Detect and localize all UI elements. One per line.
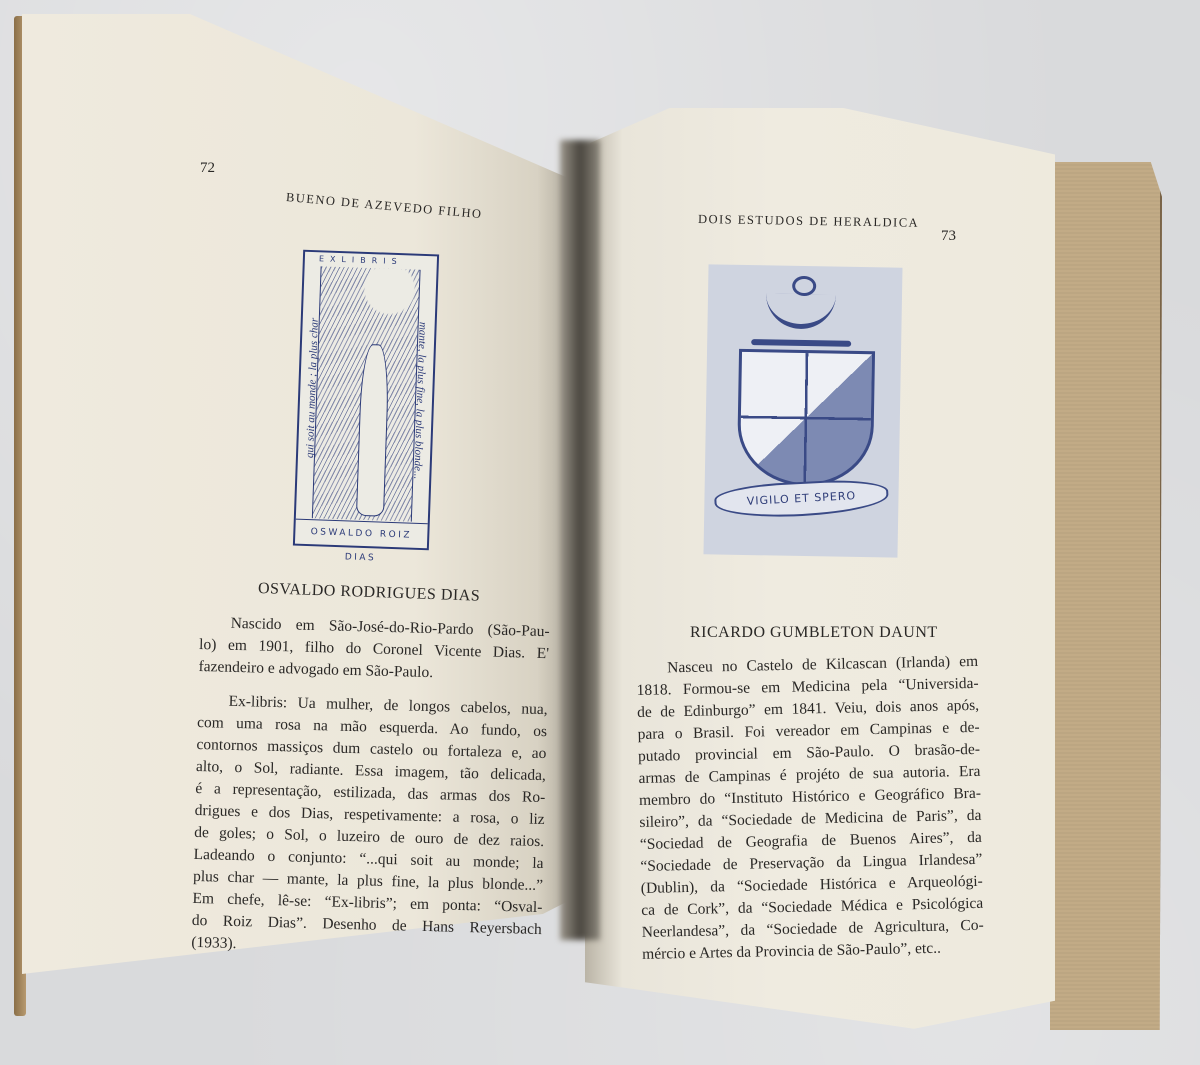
exlibris-top-label: EXLIBRIS [319, 254, 433, 267]
left-paragraph-2: Ex-libris: Ua mulher, de longos cabelos,… [191, 690, 548, 963]
right-paragraph-1: Nasceu no Castelo de Kilcascan (Irlanda)… [636, 651, 984, 966]
exlibris-artwork [312, 266, 421, 521]
right-page-number: 73 [941, 228, 956, 245]
coat-of-arms-image: VIGILO ET SPERO [703, 264, 902, 557]
woman-figure-illustration [356, 343, 390, 516]
left-body-text: Nascido em São-José-do-Rio-Pardo (São-Pa… [191, 612, 550, 963]
crest-horn-illustration [765, 293, 836, 329]
left-paragraph-1: Nascido em São-José-do-Rio-Pardo (São-Pa… [198, 612, 550, 687]
crest-wreath-illustration [751, 339, 851, 347]
left-page-number: 72 [200, 160, 215, 177]
heraldic-shield-illustration [737, 349, 875, 487]
right-book-cover-board [1050, 162, 1162, 1030]
photo-scene: 72 BUENO DE AZEVEDO FILHO EXLIBRIS qui s… [0, 0, 1200, 1065]
exlibris-bookplate-image: EXLIBRIS qui soit au monde ; la plus cha… [293, 250, 439, 551]
motto-scroll: VIGILO ET SPERO [714, 477, 890, 520]
right-body-text: Nasceu no Castelo de Kilcascan (Irlanda)… [636, 651, 984, 966]
exlibris-owner-name: OSWALDO ROIZ DIAS [295, 519, 428, 549]
book-gutter-shadow [560, 140, 600, 940]
right-heading: RICARDO GUMBLETON DAUNT [690, 624, 938, 642]
